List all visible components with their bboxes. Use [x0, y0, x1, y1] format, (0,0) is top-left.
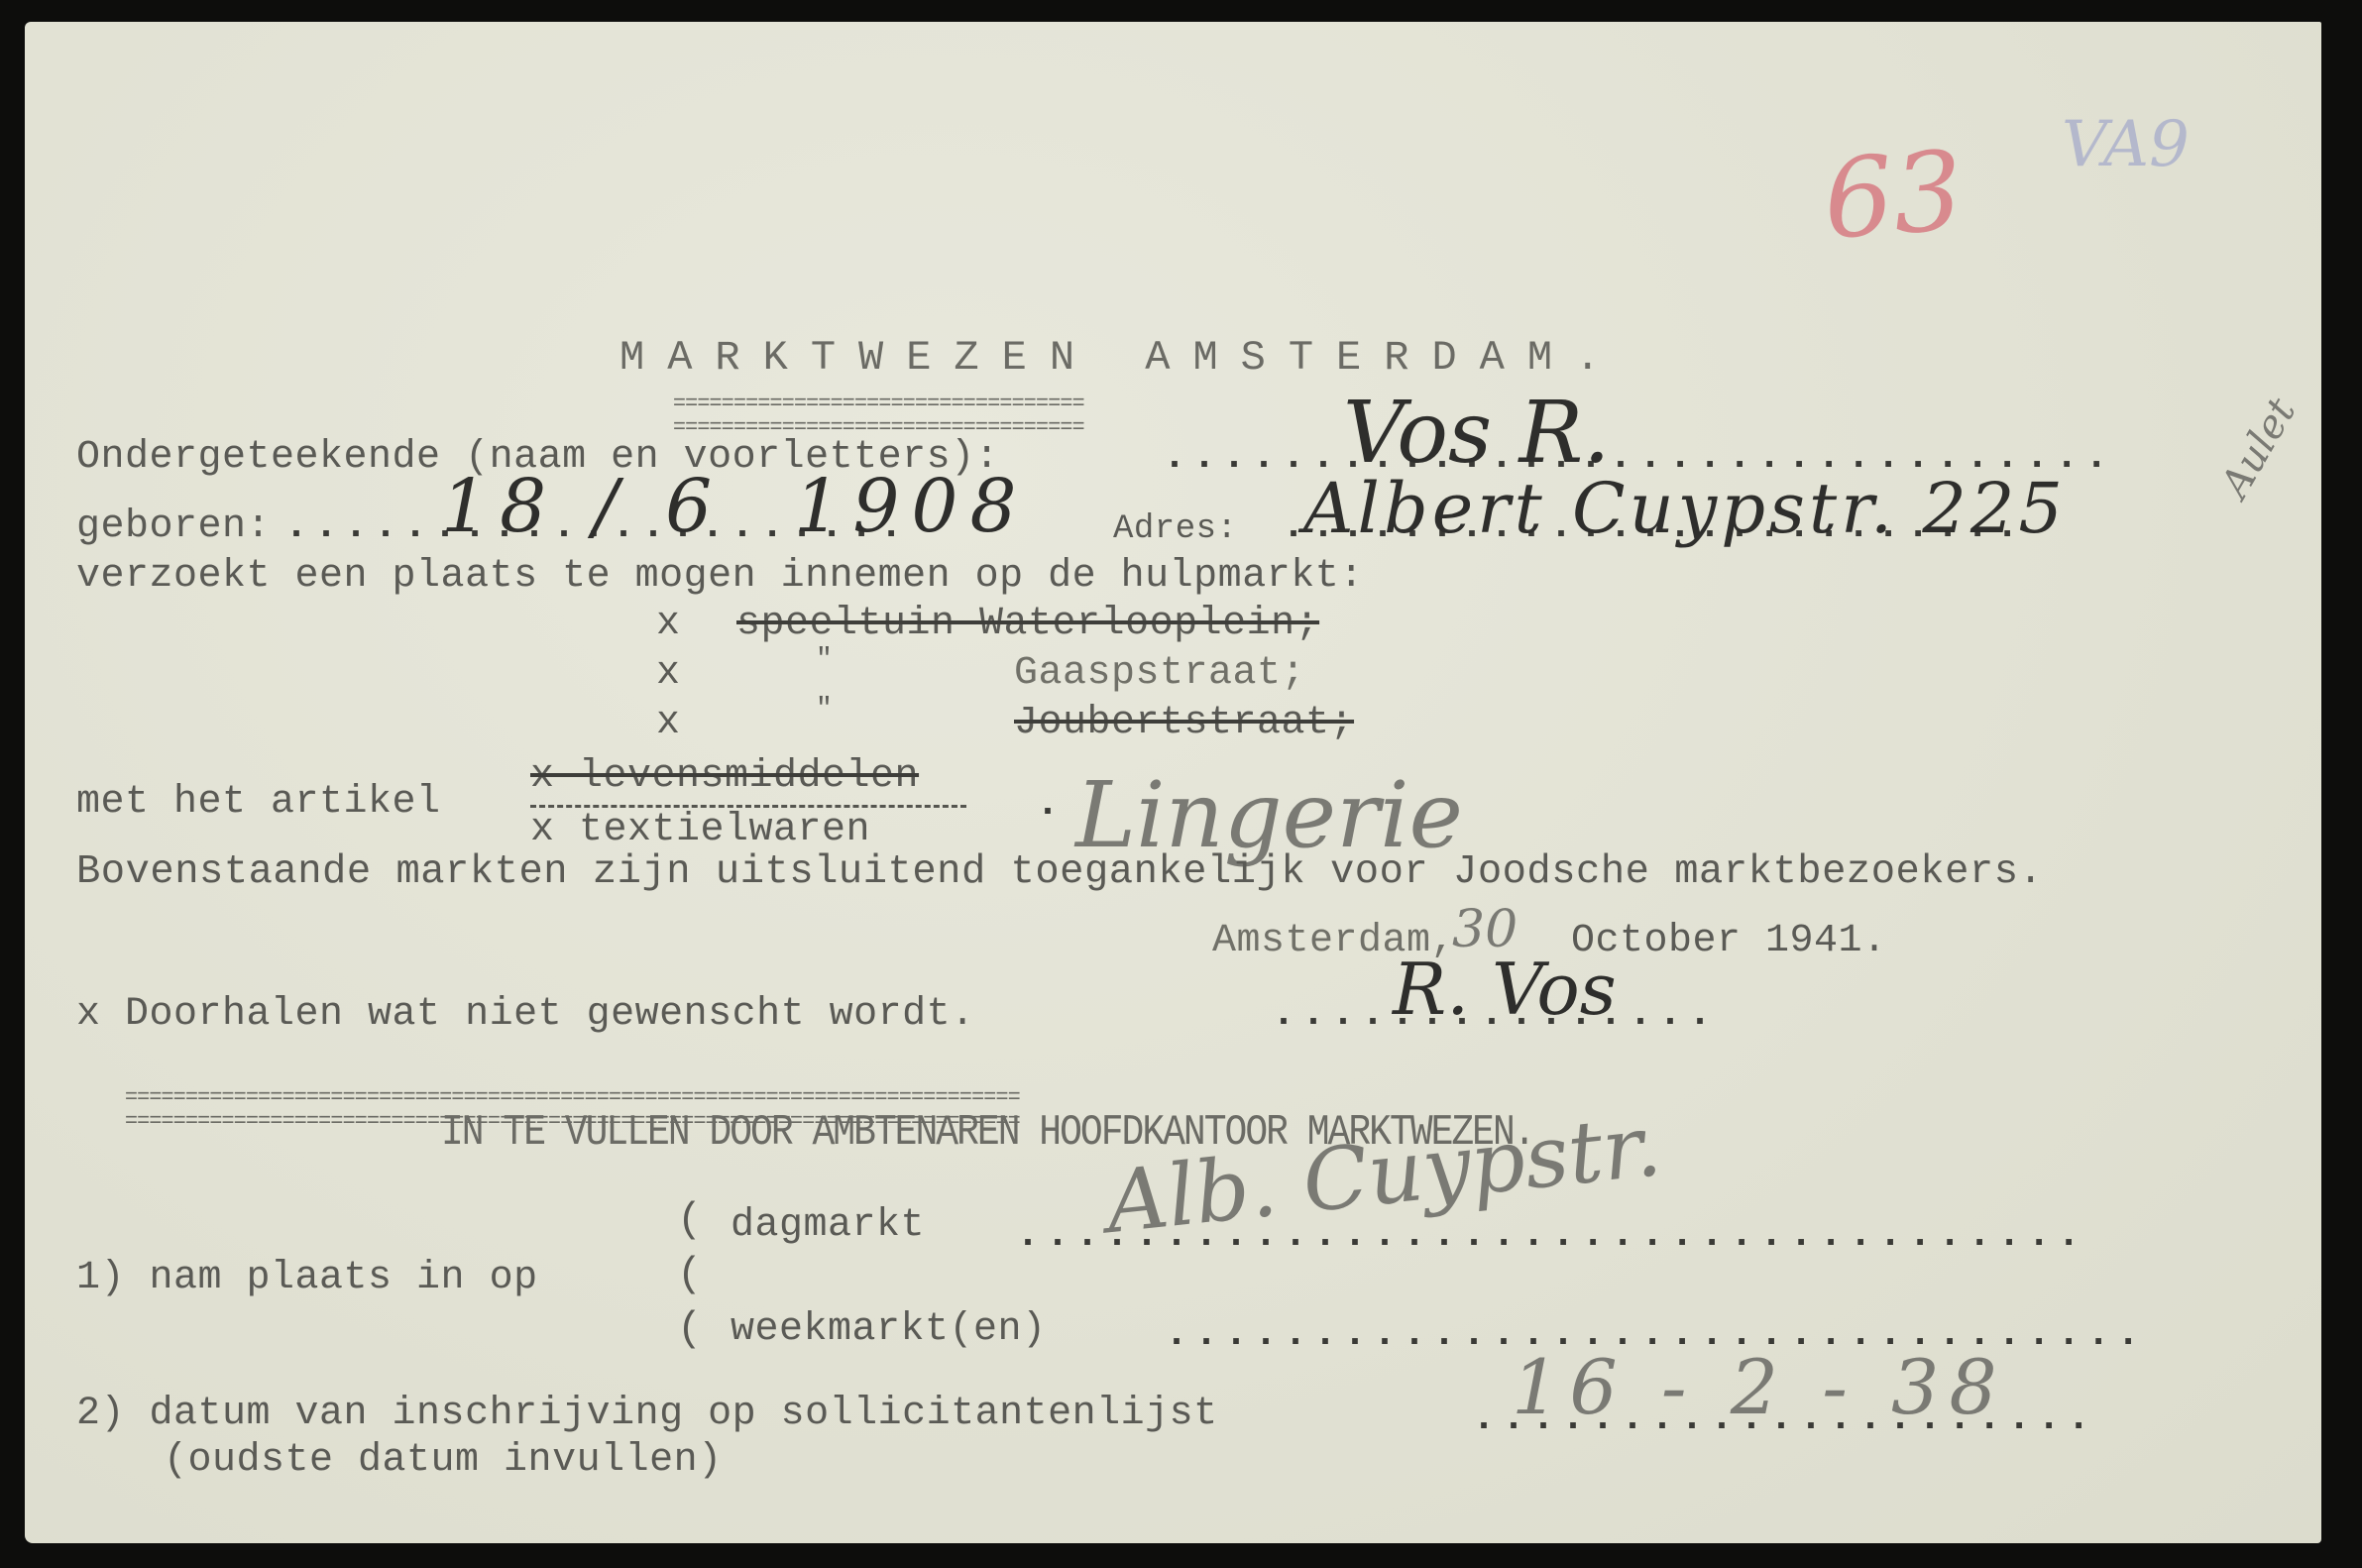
article-option-food: x levensmiddelen	[530, 757, 919, 797]
item2-label: 2) datum van inschrijving op sollicitant…	[76, 1395, 1218, 1434]
document-title: MARKTWEZEN AMSTERDAM.	[619, 337, 1623, 379]
archive-mark-annotation: VA9	[2062, 113, 2190, 176]
brace-bottom: (	[677, 1305, 702, 1353]
article-dot: .	[1036, 785, 1066, 825]
weekmarkt-label: weekmarkt(en)	[731, 1310, 1047, 1350]
signature: R. Vos	[1393, 953, 1617, 1025]
market-3-ditto: "	[816, 696, 833, 724]
born-label: geboren:	[76, 507, 271, 547]
market-1-marker: x	[656, 605, 681, 644]
market-1-name: speeltuin Waterlooplein;	[736, 605, 1319, 644]
article-label: met het artikel	[76, 783, 441, 823]
footnote-text: x Doorhalen wat niet gewenscht wordt.	[76, 995, 975, 1035]
notice-text: Bovenstaande markten zijn uitsluitend to…	[76, 852, 2043, 893]
market-2-ditto: "	[816, 646, 833, 674]
market-2-marker: x	[656, 654, 681, 694]
request-intro: verzoekt een plaats te mogen innemen op …	[76, 557, 1364, 597]
item2-value: 16 - 2 - 38	[1512, 1350, 2007, 1425]
registration-card: 63 VA9 MARKTWEZEN AMSTERDAM. ===========…	[25, 22, 2321, 1543]
separator-top: ========================================…	[125, 1085, 1020, 1110]
brace-top: (	[677, 1196, 702, 1244]
archive-number-annotation: 63	[1820, 136, 1966, 254]
brace-mid: (	[677, 1251, 702, 1298]
item2-note: (oudste datum invullen)	[164, 1441, 723, 1481]
market-2-name: Gaaspstraat;	[1014, 654, 1305, 694]
born-value: 18 / 6 1908	[441, 470, 1029, 543]
address-value: Albert Cuypstr. 225	[1303, 474, 2067, 543]
market-3-marker: x	[656, 704, 681, 743]
name-value: Vos R.	[1343, 391, 1611, 476]
title-underline-top: ==================================	[673, 392, 1084, 416]
market-3-name: Joubertstraat;	[1014, 704, 1354, 743]
date-month-year: October 1941.	[1571, 922, 1887, 961]
name-margin-note: Aulet	[2214, 392, 2302, 504]
article-option-textile: x textielwaren	[530, 811, 870, 850]
item1-label: 1) nam plaats in op	[76, 1259, 538, 1298]
address-label: Adres:	[1113, 512, 1237, 546]
dagmarkt-label: dagmarkt	[731, 1206, 925, 1246]
article-handwritten: Lingerie	[1075, 770, 1463, 861]
